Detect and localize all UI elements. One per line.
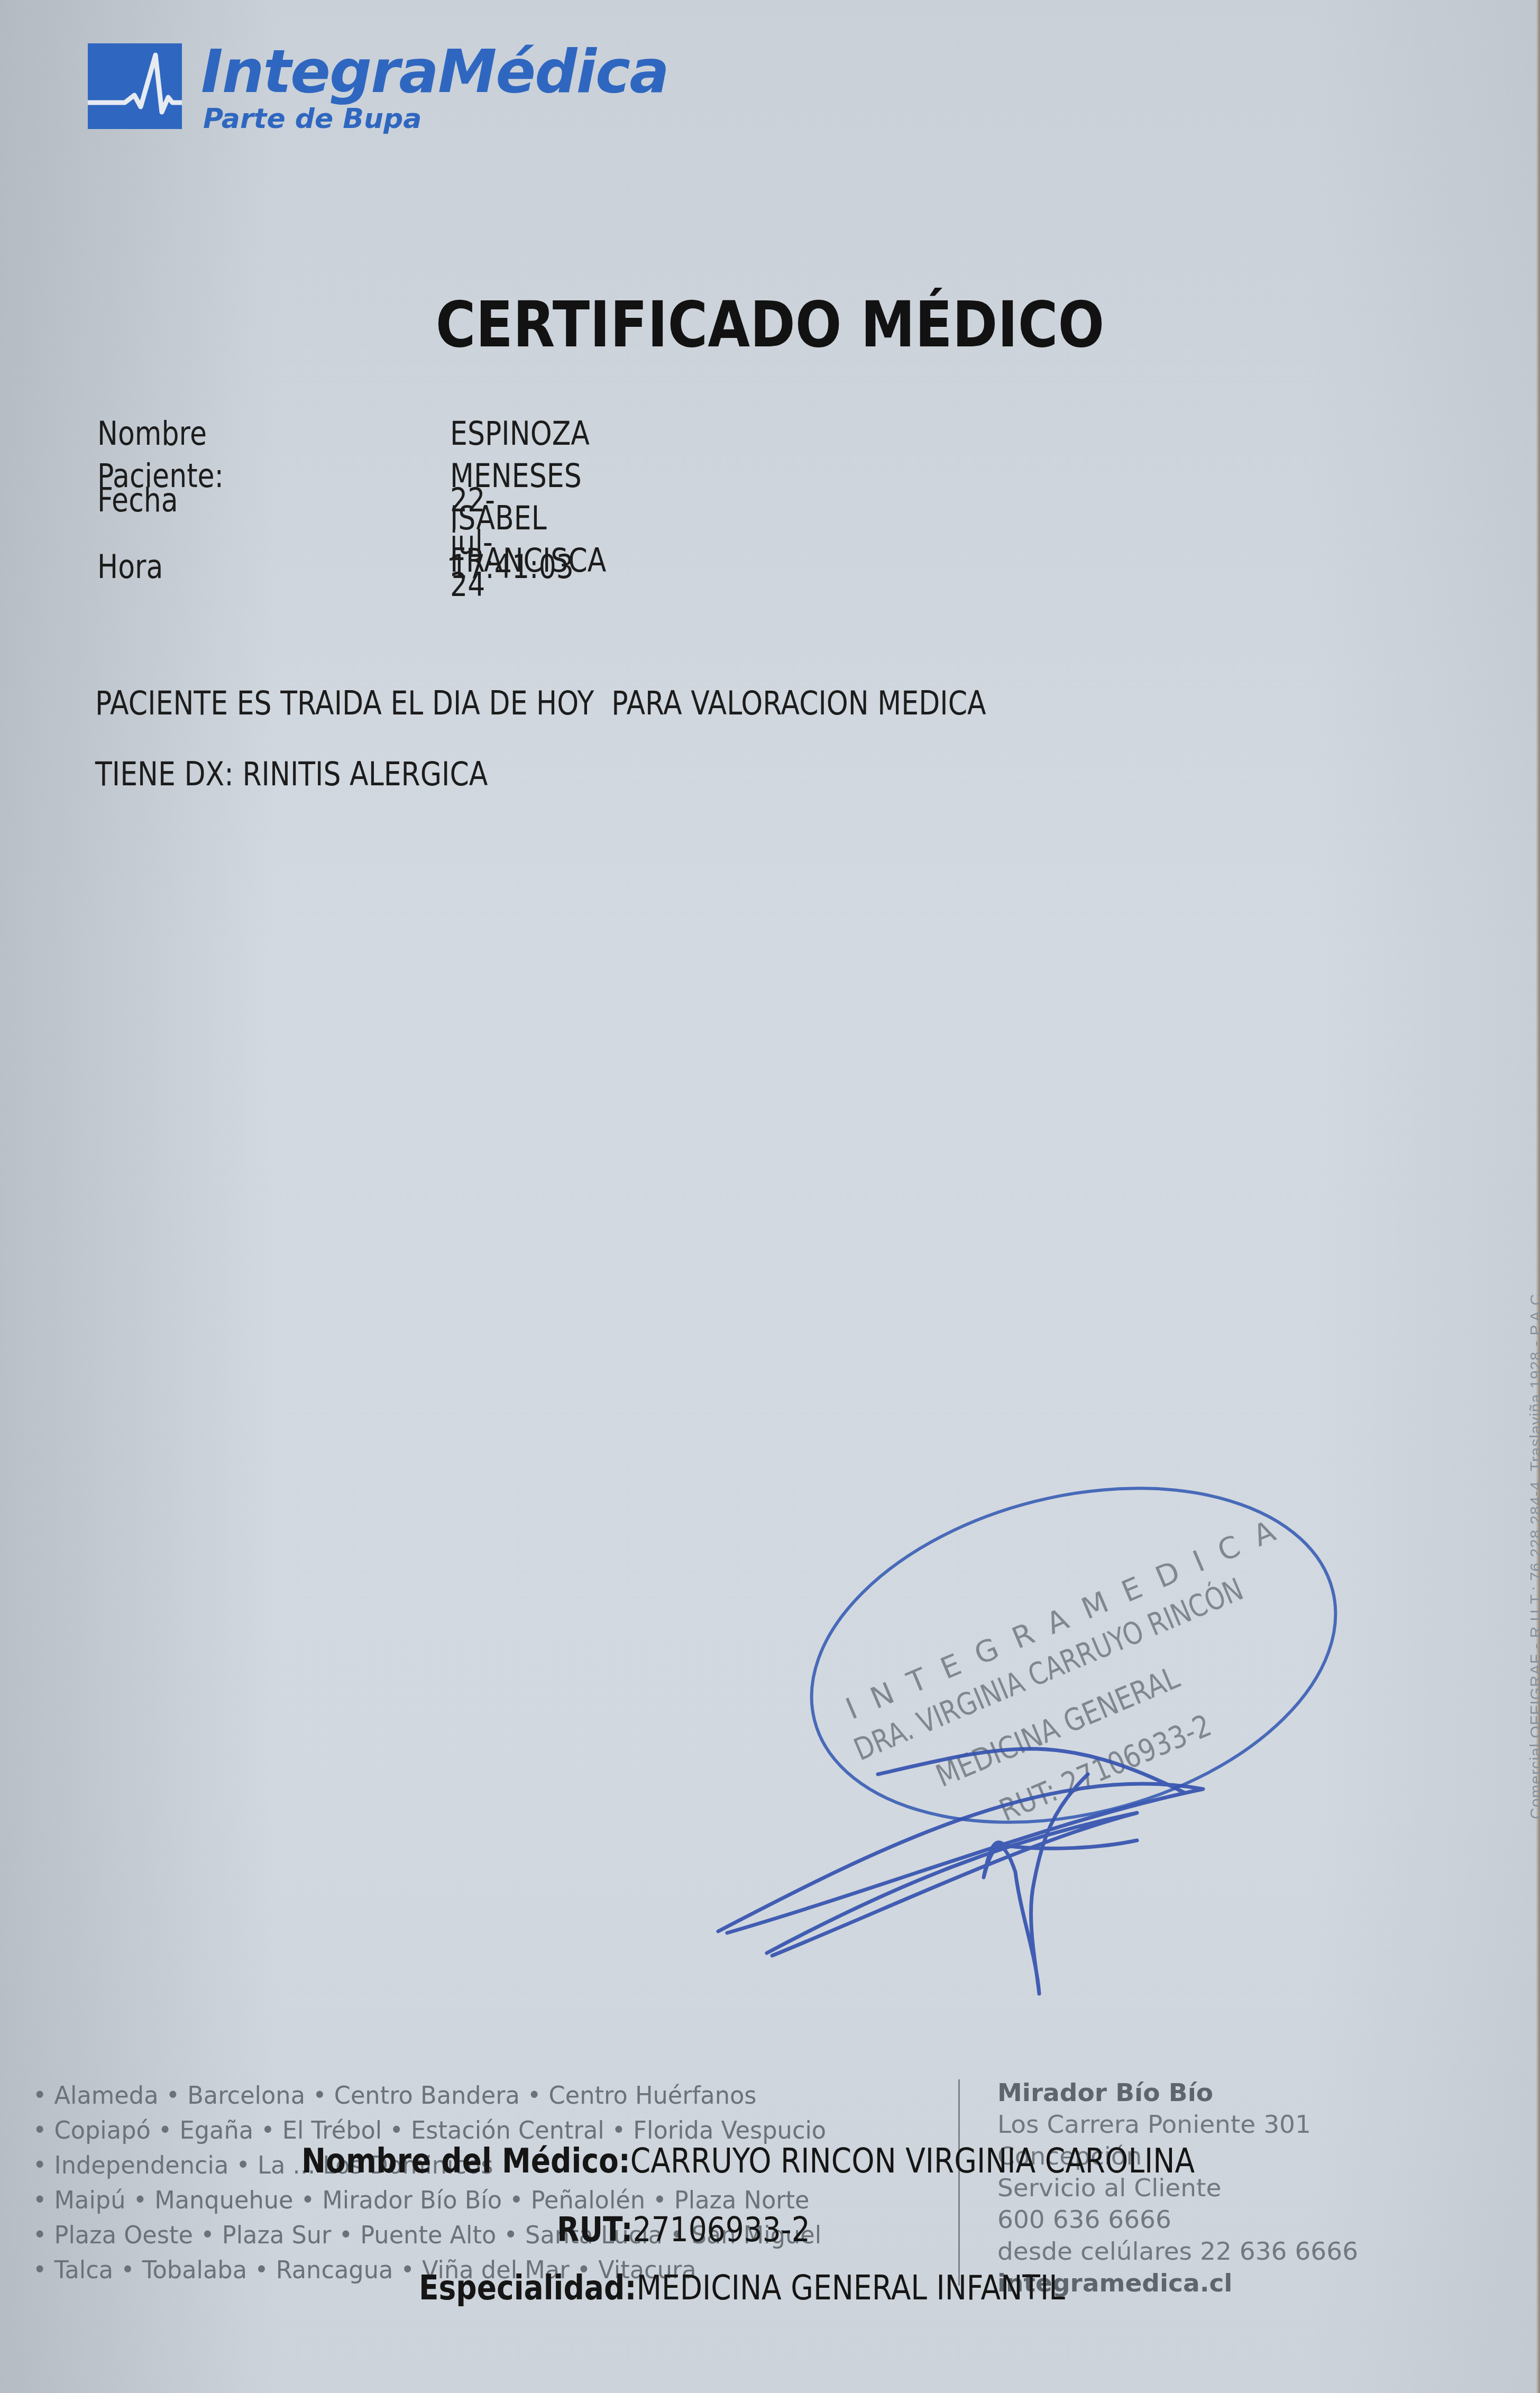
body-line-evaluation: PACIENTE ES TRAIDA EL DIA DE HOY PARA VA… (95, 682, 986, 725)
document-title: CERTIFICADO MÉDICO (108, 288, 1432, 362)
brand-name: IntegraMédica (201, 40, 668, 104)
locations-line: • Alameda • Barcelona • Centro Bandera •… (33, 2078, 826, 2113)
doctor-rut-label: RUT: (557, 2211, 633, 2250)
field-label: Fecha (97, 479, 178, 521)
doctor-specialty: Especialidad:MEDICINA GENERAL INFANTIL (419, 2269, 1065, 2308)
printer-info: Comercial OFFIGRAF - R.U.T.: 76.228.284-… (1527, 1289, 1540, 1819)
doctor-specialty-label: Especialidad: (419, 2269, 636, 2308)
certificate-page: IntegraMédica Parte de Bupa CERTIFICADO … (0, 0, 1540, 2393)
certificate-body: PACIENTE ES TRAIDA EL DIA DE HOY PARA VA… (95, 682, 1156, 824)
time-value: 17:41:03 (450, 546, 574, 588)
doctor-name-value: CARRUYO RINCON VIRGINIA CAROLINA (630, 2142, 1195, 2181)
mobile-phone: desde celúlares 22 636 6666 (997, 2236, 1358, 2268)
doctor-specialty-value: MEDICINA GENERAL INFANTIL (636, 2269, 1065, 2308)
phone: 600 636 6666 (997, 2204, 1358, 2236)
doctor-name-label: Nombre del Médico: (301, 2142, 630, 2181)
branch-name: Mirador Bío Bío (997, 2077, 1358, 2109)
stamp-brand: INTEGRAMEDICA (841, 1507, 1297, 1727)
doctor-rut: RUT:27106933-2 (557, 2211, 810, 2250)
integramedica-logo: IntegraMédica Parte de Bupa (88, 43, 668, 134)
field-label: Hora (97, 546, 163, 588)
footer-locations: • Alameda • Barcelona • Centro Bandera •… (33, 2078, 868, 2288)
page-edge (1536, 0, 1540, 2393)
footer-contact: Mirador Bío Bío Los Carrera Poniente 301… (997, 2077, 1358, 2299)
heartbeat-pulse-icon (88, 43, 182, 129)
doctor-rut-value: 27106933-2 (633, 2211, 810, 2250)
branch-address: Los Carrera Poniente 301 (997, 2109, 1358, 2141)
body-line-diagnosis: TIENE DX: RINITIS ALERGICA (95, 753, 986, 795)
brand-tagline: Parte de Bupa (203, 104, 668, 134)
footer-divider (958, 2079, 960, 2286)
doctor-name: Nombre del Médico:CARRUYO RINCON VIRGINI… (301, 2142, 1195, 2181)
